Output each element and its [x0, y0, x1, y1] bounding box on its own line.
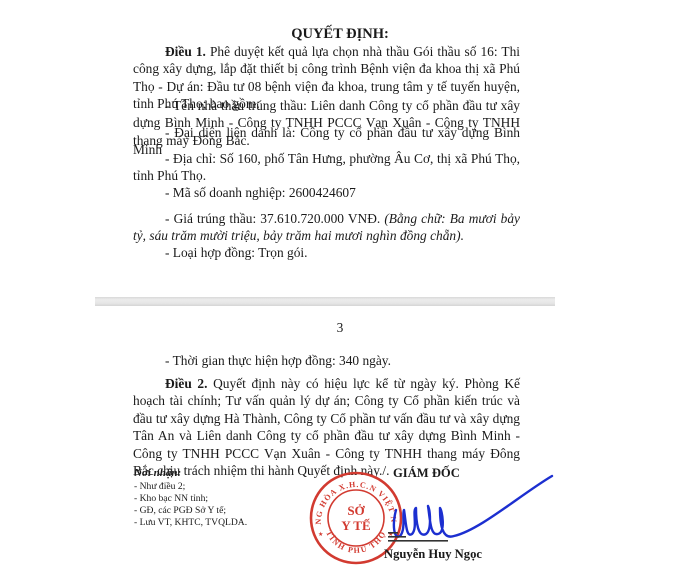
- recipient-item: - GĐ, các PGĐ Sở Y tế;: [134, 505, 226, 517]
- signer-name: Nguyễn Huy Ngọc: [384, 547, 482, 562]
- article-2: Điều 2. Quyết định này có hiệu lực kể từ…: [133, 375, 520, 479]
- article-2-text: Quyết định này có hiệu lực kể từ ngày ký…: [133, 376, 520, 478]
- address: - Địa chỉ: Số 160, phố Tân Hưng, phường …: [133, 150, 520, 185]
- page-number: 3: [0, 320, 680, 336]
- svg-text:Y TẾ: Y TẾ: [341, 518, 370, 533]
- recipient-item: - Lưu VT, KHTC, TVQLDA.: [134, 517, 247, 529]
- recipient-item: - Kho bạc NN tỉnh;: [134, 493, 208, 505]
- svg-text:SỞ: SỞ: [347, 503, 365, 518]
- decision-title: QUYẾT ĐỊNH:: [0, 26, 680, 43]
- svg-text:★: ★: [318, 531, 323, 538]
- tax-code: - Mã số doanh nghiệp: 2600424607: [133, 184, 520, 201]
- recipients-heading: Nơi nhận:: [134, 467, 181, 479]
- contract-type: - Loại hợp đồng: Trọn gói.: [133, 244, 520, 261]
- article-1-label: Điều 1.: [165, 44, 206, 59]
- article-2-label: Điều 2.: [165, 376, 207, 391]
- page-separator: [95, 297, 555, 306]
- winning-price: - Giá trúng thầu: 37.610.720.000 VNĐ. (B…: [133, 210, 520, 245]
- contract-duration: - Thời gian thực hiện hợp đồng: 340 ngày…: [133, 352, 520, 369]
- price-value: - Giá trúng thầu: 37.610.720.000 VNĐ.: [165, 211, 384, 226]
- recipient-item: - Như điều 2;: [134, 481, 185, 493]
- digital-signature-info-icon: [388, 531, 450, 546]
